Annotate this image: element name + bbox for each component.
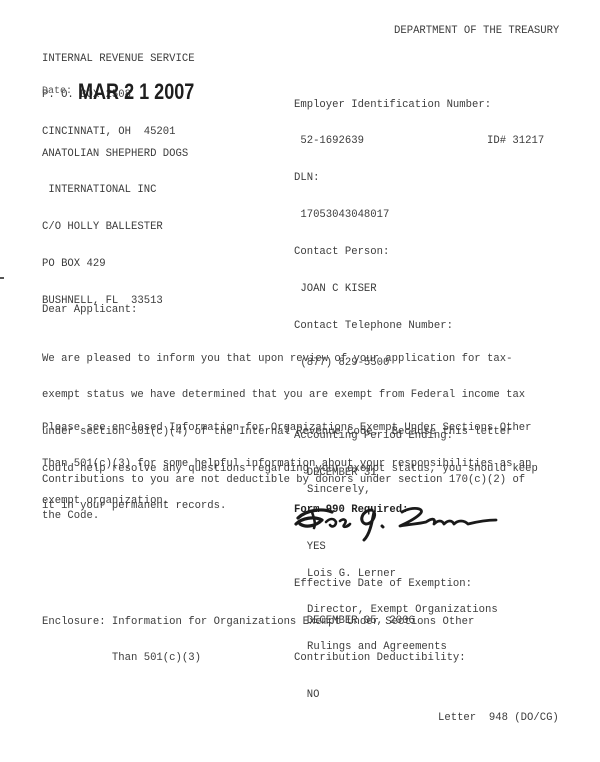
salutation: Dear Applicant:	[42, 304, 137, 316]
dln-label: DLN:	[294, 172, 491, 184]
sender-line: INTERNAL REVENUE SERVICE	[42, 53, 195, 65]
scan-edge-mark	[0, 277, 4, 279]
ein-label: Employer Identification Number:	[294, 99, 491, 111]
contact-person-label: Contact Person:	[294, 246, 491, 258]
closing: Sincerely,	[307, 484, 371, 496]
department-heading: DEPARTMENT OF THE TREASURY	[394, 25, 559, 37]
paragraph-line: Please see enclosed Information for Orga…	[42, 422, 582, 434]
letter-code: Letter 948 (DO/CG)	[438, 712, 559, 724]
recipient-line: INTERNATIONAL INC	[42, 184, 188, 196]
recipient-line: ANATOLIAN SHEPHERD DOGS	[42, 148, 188, 160]
recipient-line: C/O HOLLY BALLESTER	[42, 221, 188, 233]
dln-value: 17053043048017	[294, 209, 491, 221]
deductibility-value: NO	[294, 689, 491, 701]
enclosure-line: Than 501(c)(3)	[42, 652, 474, 664]
contact-id: ID# 31217	[487, 135, 544, 147]
enclosure-line: Enclosure: Information for Organizations…	[42, 616, 474, 628]
date-label: Date:	[42, 86, 72, 98]
contact-person-value: JOAN C KISER	[294, 283, 491, 295]
paragraph-line: We are pleased to inform you that upon r…	[42, 353, 582, 365]
date-stamp: MAR 2 1 2007	[78, 79, 194, 105]
enclosure-note: Enclosure: Information for Organizations…	[42, 591, 474, 677]
signer-name: Lois G. Lerner	[307, 568, 498, 580]
ein-value: 52-1692639	[294, 135, 491, 147]
handwritten-signature	[292, 500, 502, 544]
recipient-address: ANATOLIAN SHEPHERD DOGS INTERNATIONAL IN…	[42, 123, 188, 320]
recipient-line: PO BOX 429	[42, 258, 188, 270]
